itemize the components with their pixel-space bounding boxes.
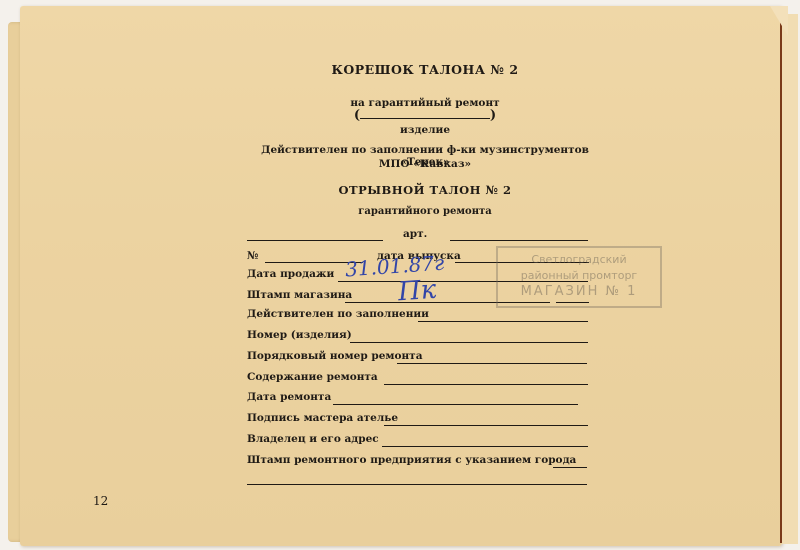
valid-line-2: МПО «Кавказ»: [240, 158, 610, 170]
paren-open: (: [354, 108, 360, 123]
field-repair-content-line: [384, 384, 588, 385]
field-owner-label: Владелец и его адрес: [247, 433, 379, 445]
field-sale-date-label: Дата продажи: [247, 268, 334, 280]
field-repair-stamp-line: [553, 467, 587, 468]
handwritten-signature: Пк: [397, 275, 437, 308]
field-shop-stamp-label: Штамп магазина: [247, 289, 352, 301]
coupon-subtitle: гарантийного ремонта: [240, 206, 610, 217]
field-valid-line: [418, 321, 588, 322]
field-repair-content-label: Содержание ремонта: [247, 371, 378, 383]
field-repair-stamp-label: Штамп ремонтного предприятия с указанием…: [247, 454, 576, 466]
paren-close: ): [490, 108, 496, 123]
stamp-line-2: районный промторг: [498, 268, 660, 284]
field-valid-label: Действителен по заполнении: [247, 308, 429, 320]
page-number: 12: [93, 494, 108, 508]
field-master-signature-label: Подпись мастера ателье: [247, 412, 398, 424]
item-caption: изделие: [240, 124, 610, 136]
art-left-line: [247, 240, 383, 241]
coupon-title: ОТРЫВНОЙ ТАЛОН № 2: [240, 183, 610, 197]
art-label: арт.: [403, 228, 427, 240]
item-line: [360, 118, 490, 119]
field-repair-seq-line: [397, 363, 587, 364]
folded-corner: [770, 6, 788, 36]
number-label: №: [247, 250, 258, 262]
field-repair-stamp-line-2: [247, 484, 587, 485]
field-item-number-label: Номер (изделия): [247, 329, 352, 341]
field-owner-line: [382, 446, 588, 447]
field-repair-date-label: Дата ремонта: [247, 391, 331, 403]
field-master-signature-line: [384, 425, 588, 426]
next-page-strip: [782, 14, 798, 544]
field-repair-seq-label: Порядковый номер ремонта: [247, 350, 423, 362]
stamp-line-1: Светлоградский: [498, 252, 660, 268]
item-blank: (): [240, 108, 610, 123]
shop-stamp: Светлоградский районный промторг МАГАЗИН…: [496, 246, 662, 308]
stamp-line-3: МАГАЗИН № 1: [498, 284, 660, 300]
art-right-line: [450, 240, 588, 241]
field-repair-date-line: [333, 404, 578, 405]
stub-title: КОРЕШОК ТАЛОНА № 2: [240, 62, 610, 77]
field-item-number-line: [350, 342, 588, 343]
